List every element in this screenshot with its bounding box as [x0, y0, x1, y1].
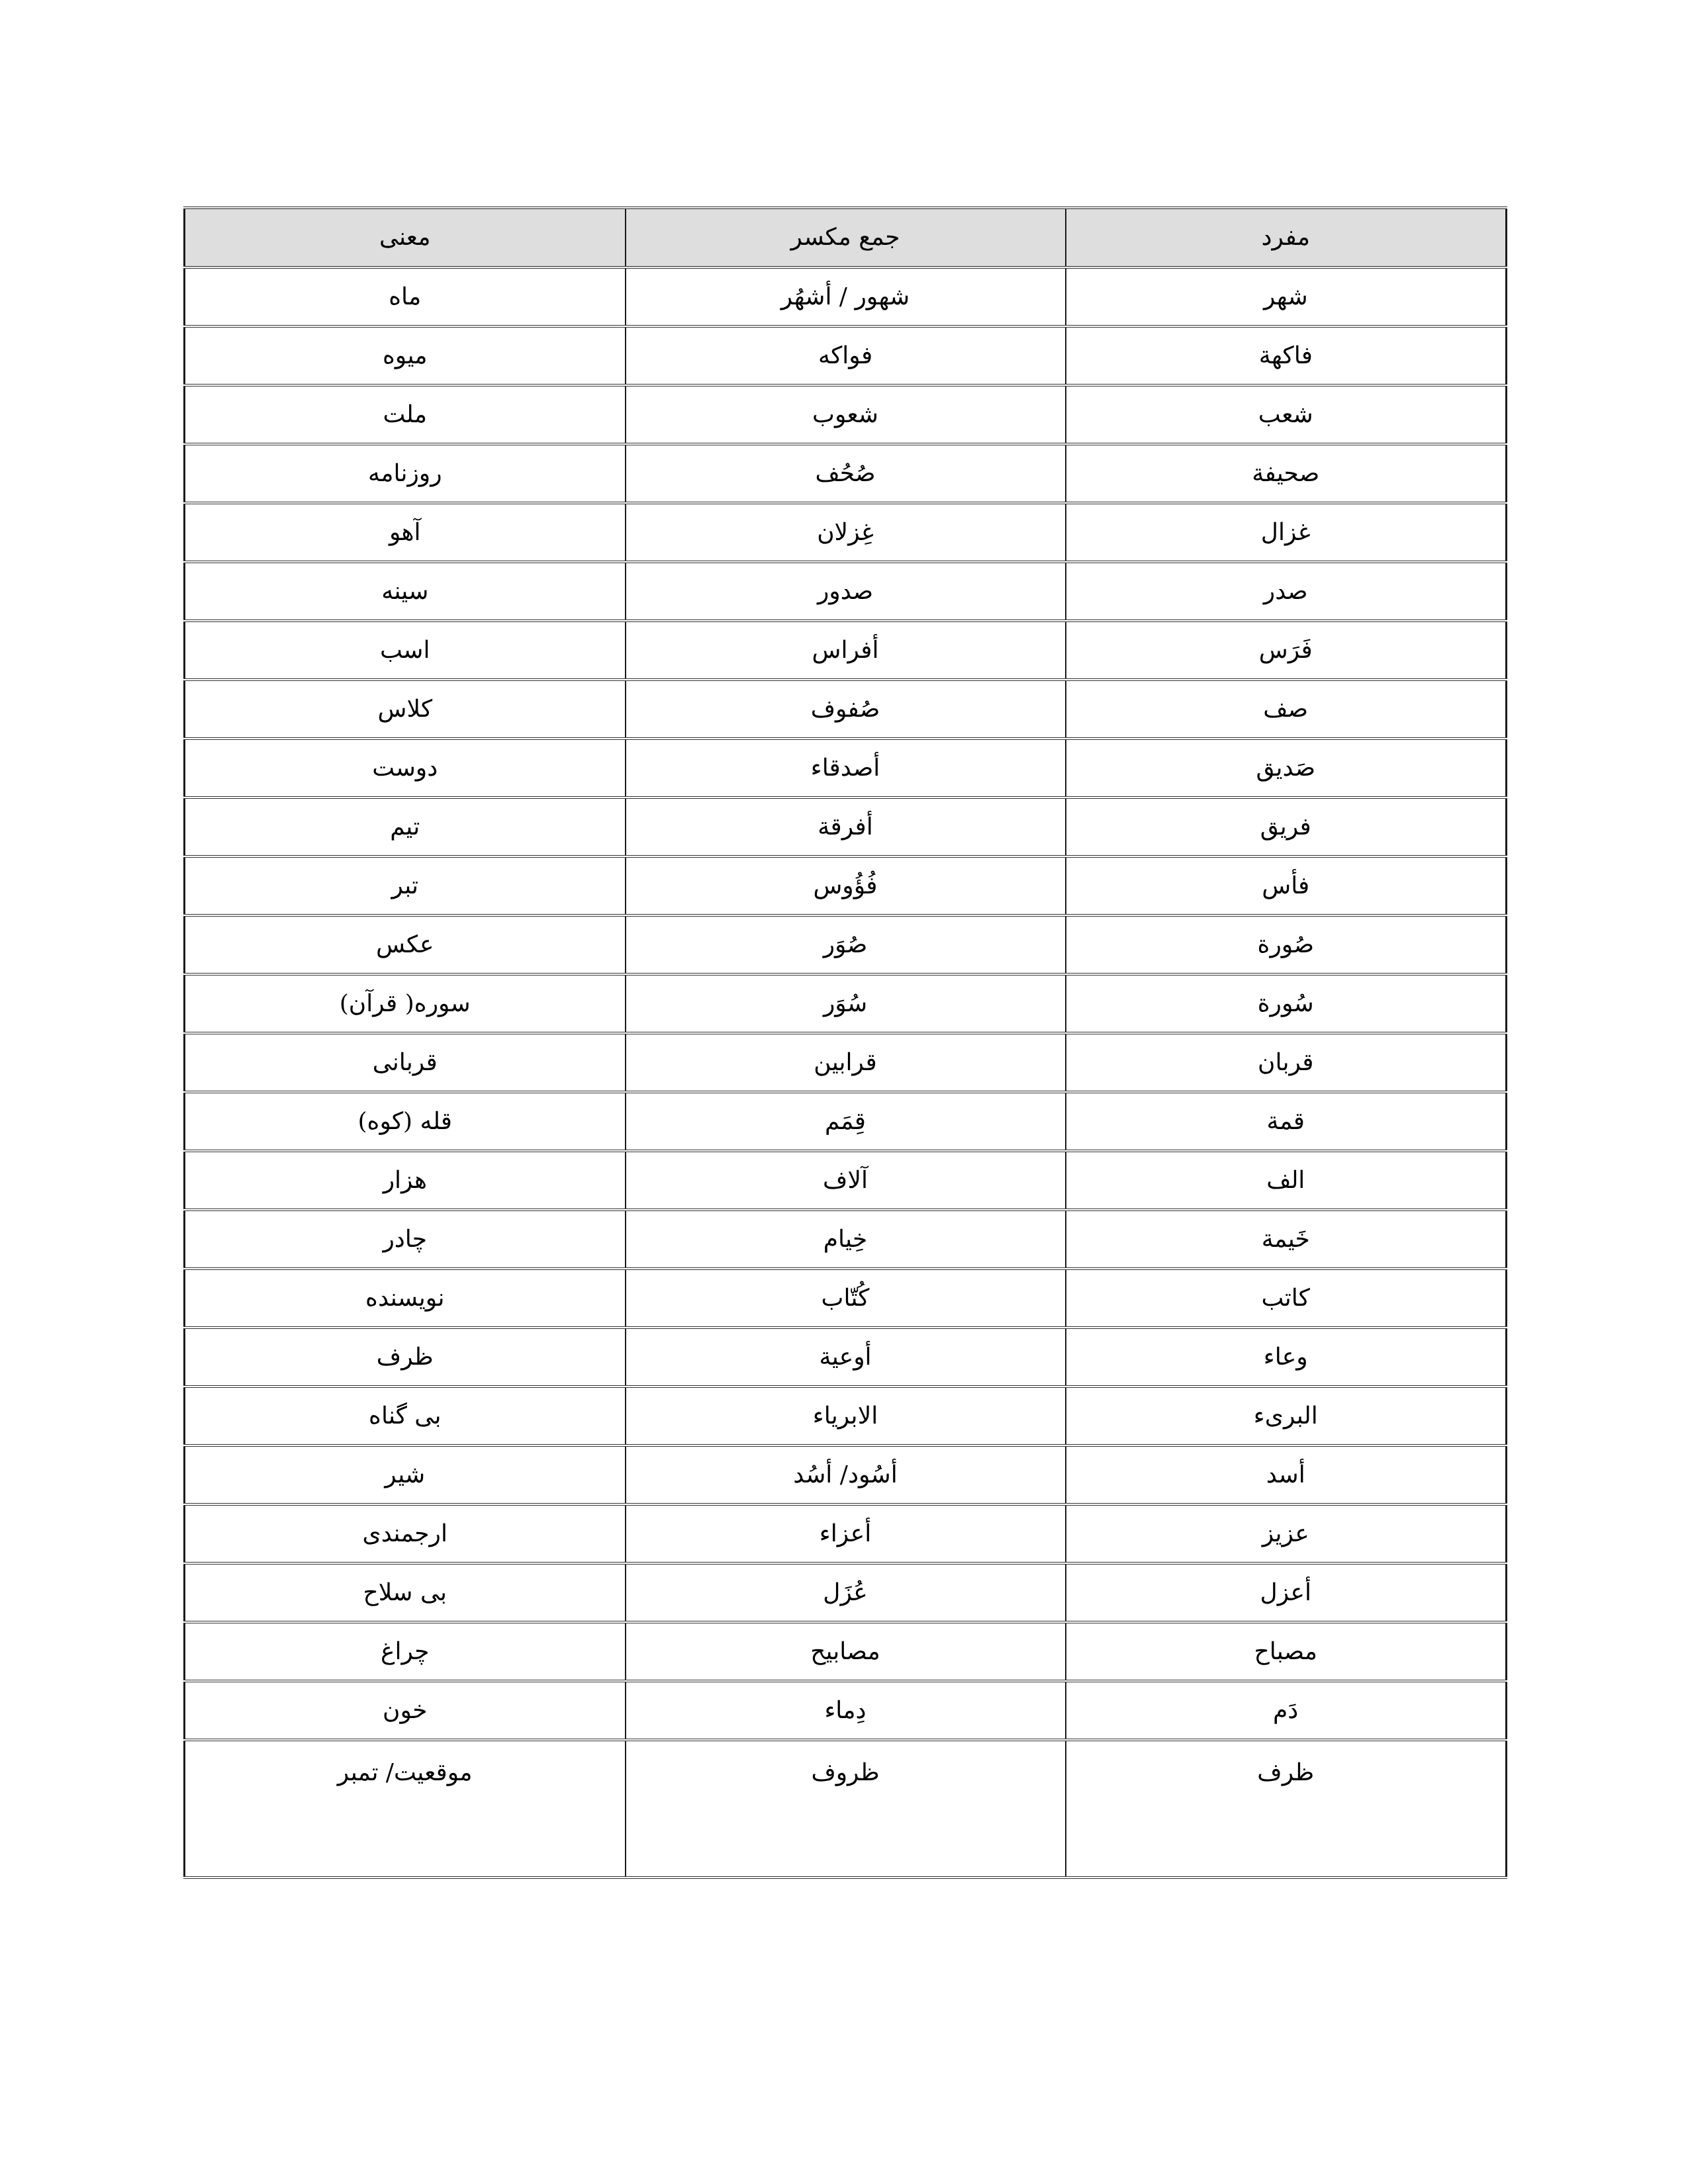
- cell-broken-plural: صُفوف: [626, 680, 1066, 739]
- cell-broken-plural: مصابيح: [626, 1622, 1066, 1681]
- cell-broken-plural: صُحُف: [626, 444, 1066, 503]
- table-row: فاكهةفواكهمیوه: [185, 326, 1507, 385]
- cell-singular: فاكهة: [1066, 326, 1507, 385]
- table-row: مصباحمصابيحچراغ: [185, 1622, 1507, 1681]
- table-row: فَرَسأفراساسب: [185, 621, 1507, 680]
- cell-singular: قربان: [1066, 1033, 1507, 1092]
- cell-broken-plural: عُزَل: [626, 1563, 1066, 1622]
- table-row: شعبشعوبملت: [185, 385, 1507, 444]
- cell-singular: شعب: [1066, 385, 1507, 444]
- cell-meaning: نویسنده: [185, 1269, 626, 1328]
- table-row: الفآلافهزار: [185, 1151, 1507, 1210]
- cell-singular: فَرَس: [1066, 621, 1507, 680]
- cell-singular: البرىء: [1066, 1387, 1507, 1445]
- table-row: غزالغِزلانآهو: [185, 503, 1507, 562]
- cell-meaning: ارجمندی: [185, 1504, 626, 1563]
- cell-meaning: تیم: [185, 797, 626, 856]
- cell-singular: أسد: [1066, 1445, 1507, 1504]
- cell-broken-plural: شعوب: [626, 385, 1066, 444]
- cell-singular: وعاء: [1066, 1328, 1507, 1387]
- table-row: فأسفُؤُوستبر: [185, 856, 1507, 915]
- cell-meaning: سوره( قرآن): [185, 974, 626, 1033]
- cell-meaning: اسب: [185, 621, 626, 680]
- cell-broken-plural: قِمَم: [626, 1092, 1066, 1151]
- cell-singular: شهر: [1066, 267, 1507, 326]
- cell-singular: أعزل: [1066, 1563, 1507, 1622]
- cell-meaning: هزار: [185, 1151, 626, 1210]
- cell-meaning: ظرف: [185, 1328, 626, 1387]
- cell-broken-plural: أفراس: [626, 621, 1066, 680]
- cell-broken-plural: أعزاء: [626, 1504, 1066, 1563]
- cell-meaning: شیر: [185, 1445, 626, 1504]
- cell-singular: دَم: [1066, 1681, 1507, 1740]
- cell-broken-plural: شهور / أشهُر: [626, 267, 1066, 326]
- header-meaning: معنی: [185, 208, 626, 267]
- cell-meaning: چراغ: [185, 1622, 626, 1681]
- cell-meaning: بی سلاح: [185, 1563, 626, 1622]
- cell-broken-plural: صُوَر: [626, 915, 1066, 974]
- cell-meaning: قله (کوه): [185, 1092, 626, 1151]
- header-row: مفرد جمع مکسر معنی: [185, 208, 1507, 267]
- cell-singular: فأس: [1066, 856, 1507, 915]
- cell-singular: صَديق: [1066, 739, 1507, 797]
- cell-meaning: روزنامه: [185, 444, 626, 503]
- cell-broken-plural: آلاف: [626, 1151, 1066, 1210]
- cell-meaning: میوه: [185, 326, 626, 385]
- cell-meaning: ملت: [185, 385, 626, 444]
- table-row: فريقأفرقةتیم: [185, 797, 1507, 856]
- cell-broken-plural: قرابين: [626, 1033, 1066, 1092]
- cell-broken-plural: أسُود/ أسُد: [626, 1445, 1066, 1504]
- table-row: أسدأسُود/ أسُدشیر: [185, 1445, 1507, 1504]
- cell-broken-plural: غِزلان: [626, 503, 1066, 562]
- cell-broken-plural: أوعية: [626, 1328, 1066, 1387]
- cell-broken-plural: فواكه: [626, 326, 1066, 385]
- header-broken-plural: جمع مکسر: [626, 208, 1066, 267]
- cell-singular: صُورة: [1066, 915, 1507, 974]
- cell-meaning: عکس: [185, 915, 626, 974]
- table-row: صُورةصُوَرعکس: [185, 915, 1507, 974]
- table-row: وعاءأوعيةظرف: [185, 1328, 1507, 1387]
- cell-broken-plural: أصدقاء: [626, 739, 1066, 797]
- cell-singular: كاتب: [1066, 1269, 1507, 1328]
- cell-meaning: موقعیت/ تمبر: [185, 1740, 626, 1878]
- cell-broken-plural: صدور: [626, 562, 1066, 621]
- cell-singular: ظرف: [1066, 1740, 1507, 1878]
- table-row: أعزلعُزَلبی سلاح: [185, 1563, 1507, 1622]
- cell-singular: سُورة: [1066, 974, 1507, 1033]
- cell-singular: فريق: [1066, 797, 1507, 856]
- cell-broken-plural: فُؤُوس: [626, 856, 1066, 915]
- cell-meaning: دوست: [185, 739, 626, 797]
- cell-meaning: تبر: [185, 856, 626, 915]
- cell-singular: صحيفة: [1066, 444, 1507, 503]
- table-row: دَمدِماءخون: [185, 1681, 1507, 1740]
- cell-meaning: ماه: [185, 267, 626, 326]
- vocabulary-table: مفرد جمع مکسر معنی شهرشهور / أشهُرماهفاك…: [183, 206, 1507, 1879]
- cell-singular: صدر: [1066, 562, 1507, 621]
- table-row: ظرفظروفموقعیت/ تمبر: [185, 1740, 1507, 1878]
- cell-meaning: آهو: [185, 503, 626, 562]
- cell-broken-plural: سُوَر: [626, 974, 1066, 1033]
- cell-broken-plural: ظروف: [626, 1740, 1066, 1878]
- table-row: قمةقِمَمقله (کوه): [185, 1092, 1507, 1151]
- cell-broken-plural: أفرقة: [626, 797, 1066, 856]
- cell-meaning: کلاس: [185, 680, 626, 739]
- table-row: كاتبكُتّابنویسنده: [185, 1269, 1507, 1328]
- cell-meaning: خون: [185, 1681, 626, 1740]
- header-singular: مفرد: [1066, 208, 1507, 267]
- cell-meaning: بی گناه: [185, 1387, 626, 1445]
- cell-broken-plural: دِماء: [626, 1681, 1066, 1740]
- cell-singular: قمة: [1066, 1092, 1507, 1151]
- cell-singular: الف: [1066, 1151, 1507, 1210]
- table-row: سُورةسُوَرسوره( قرآن): [185, 974, 1507, 1033]
- table-row: البرىءالابرياءبی گناه: [185, 1387, 1507, 1445]
- cell-singular: غزال: [1066, 503, 1507, 562]
- table-row: شهرشهور / أشهُرماه: [185, 267, 1507, 326]
- cell-meaning: چادر: [185, 1210, 626, 1269]
- cell-singular: صف: [1066, 680, 1507, 739]
- cell-singular: خَيمة: [1066, 1210, 1507, 1269]
- cell-broken-plural: خِيام: [626, 1210, 1066, 1269]
- cell-singular: عزيز: [1066, 1504, 1507, 1563]
- table-row: قربانقرابينقربانی: [185, 1033, 1507, 1092]
- cell-broken-plural: الابرياء: [626, 1387, 1066, 1445]
- table-row: صحيفةصُحُفروزنامه: [185, 444, 1507, 503]
- cell-singular: مصباح: [1066, 1622, 1507, 1681]
- table-row: خَيمةخِيامچادر: [185, 1210, 1507, 1269]
- table-row: صدرصدورسینه: [185, 562, 1507, 621]
- cell-broken-plural: كُتّاب: [626, 1269, 1066, 1328]
- table-row: عزيزأعزاءارجمندی: [185, 1504, 1507, 1563]
- table-row: صفصُفوفکلاس: [185, 680, 1507, 739]
- cell-meaning: قربانی: [185, 1033, 626, 1092]
- table-row: صَديقأصدقاءدوست: [185, 739, 1507, 797]
- cell-meaning: سینه: [185, 562, 626, 621]
